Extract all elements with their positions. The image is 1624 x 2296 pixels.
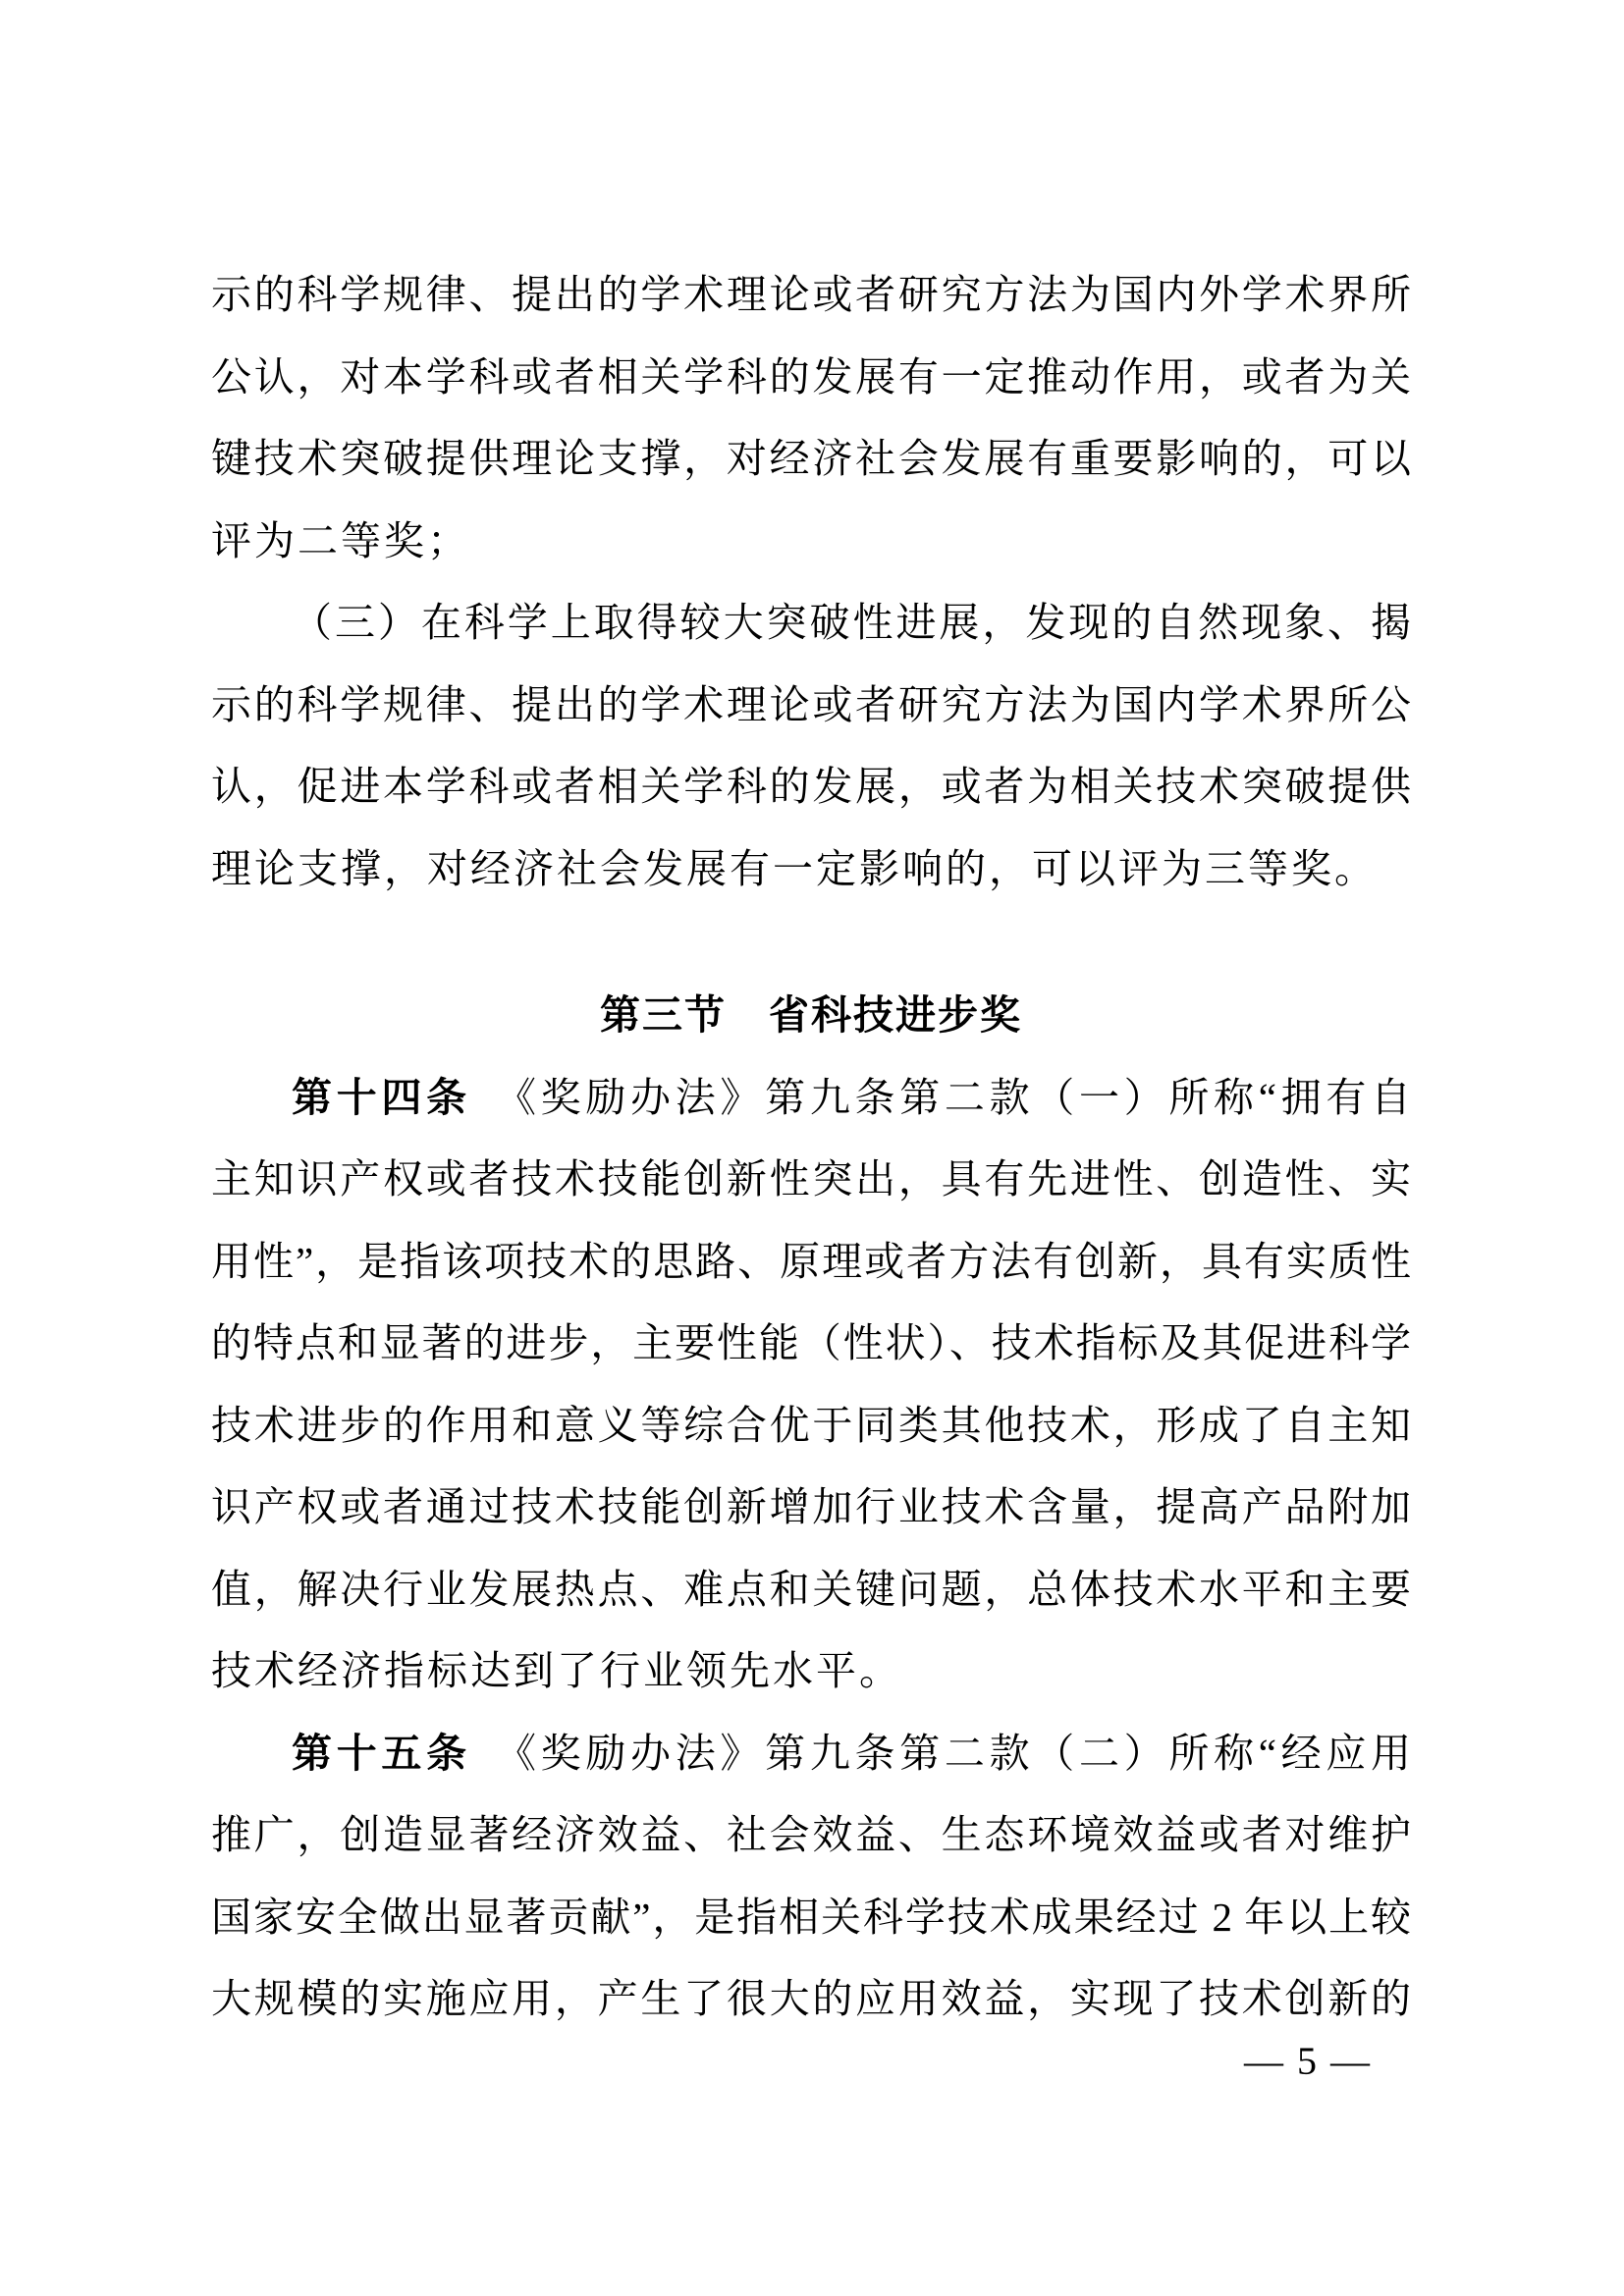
text-line: （三）在科学上取得较大突破性进展，发现的自然现象、揭 xyxy=(211,582,1411,665)
page-number: — 5 — xyxy=(1244,2032,1372,2091)
text-line: 示的科学规律、提出的学术理论或者研究方法为国内外学术界所 xyxy=(211,254,1411,337)
line-text: 用性”，是指该项技术的思路、原理或者方法有创新，具有实质性 xyxy=(211,1239,1411,1284)
text-block: 示的科学规律、提出的学术理论或者研究方法为国内外学术界所公认，对本学科或者相关学… xyxy=(211,254,1411,2041)
text-line: 主知识产权或者技术技能创新性突出，具有先进性、创造性、实 xyxy=(211,1139,1411,1221)
text-line: 国家安全做出显著贡献”，是指相关科学技术成果经过 2 年以上较 xyxy=(211,1877,1411,1959)
text-line: 推广，创造显著经济效益、社会效益、生态环境效益或者对维护 xyxy=(211,1794,1411,1877)
line-text: 认，促进本学科或者相关学科的发展，或者为相关技术突破提供 xyxy=(211,764,1411,809)
line-text: 示的科学规律、提出的学术理论或者研究方法为国内学术界所公 xyxy=(211,682,1411,727)
text-line: 值，解决行业发展热点、难点和关键问题，总体技术水平和主要 xyxy=(211,1549,1411,1631)
text-line: 键技术突破提供理论支撑，对经济社会发展有重要影响的，可以 xyxy=(211,418,1411,501)
line-text: 技术经济指标达到了行业领先水平。 xyxy=(211,1648,902,1693)
line-text: 识产权或者通过技术技能创新增加行业技术含量，提高产品附加 xyxy=(211,1484,1411,1529)
text-line: 的特点和显著的进步，主要性能（性状）、技术指标及其促进科学 xyxy=(211,1303,1411,1385)
line-text: 国家安全做出显著贡献”，是指相关科学技术成果经过 2 年以上较 xyxy=(211,1895,1411,1940)
text-line: 技术进步的作用和意义等综合优于同类其他技术，形成了自主知 xyxy=(211,1385,1411,1468)
text-line: 第十四条 《奖励办法》第九条第二款（一）所称“拥有自 xyxy=(211,1057,1411,1140)
line-text: 值，解决行业发展热点、难点和关键问题，总体技术水平和主要 xyxy=(211,1567,1411,1612)
text-line: 大规模的实施应用，产生了很大的应用效益，实现了技术创新的 xyxy=(211,1958,1411,2041)
line-text: 公认，对本学科或者相关学科的发展有一定推动作用，或者为关 xyxy=(211,354,1411,400)
text-line: 认，促进本学科或者相关学科的发展，或者为相关技术突破提供 xyxy=(211,746,1411,828)
text-line: 理论支撑，对经济社会发展有一定影响的，可以评为三等奖。 xyxy=(211,828,1411,911)
article-number: 第十五条 xyxy=(292,1731,471,1776)
text-line: 第十五条 《奖励办法》第九条第二款（二）所称“经应用 xyxy=(211,1713,1411,1795)
line-text: 评为二等奖； xyxy=(211,518,470,563)
document-page: { "page": { "background_color": "#ffffff… xyxy=(0,0,1624,2296)
text-line: 技术经济指标达到了行业领先水平。 xyxy=(211,1630,1411,1713)
line-text: 示的科学规律、提出的学术理论或者研究方法为国内外学术界所 xyxy=(211,272,1411,317)
line-text: （三）在科学上取得较大突破性进展，发现的自然现象、揭 xyxy=(292,600,1411,645)
text-line: 识产权或者通过技术技能创新增加行业技术含量，提高产品附加 xyxy=(211,1467,1411,1549)
line-text: 主知识产权或者技术技能创新性突出，具有先进性、创造性、实 xyxy=(211,1156,1411,1201)
line-text: 键技术突破提供理论支撑，对经济社会发展有重要影响的，可以 xyxy=(211,436,1411,481)
text-line: 示的科学规律、提出的学术理论或者研究方法为国内学术界所公 xyxy=(211,665,1411,747)
line-text: 大规模的实施应用，产生了很大的应用效益，实现了技术创新的 xyxy=(211,1976,1411,2021)
line-text: 推广，创造显著经济效益、社会效益、生态环境效益或者对维护 xyxy=(211,1812,1411,1857)
text-line: 公认，对本学科或者相关学科的发展有一定推动作用，或者为关 xyxy=(211,337,1411,419)
line-text: 第三节 省科技进步奖 xyxy=(600,992,1022,1038)
article-number: 第十四条 xyxy=(292,1075,471,1120)
text-line: 评为二等奖； xyxy=(211,501,1411,583)
line-text: 的特点和显著的进步，主要性能（性状）、技术指标及其促进科学 xyxy=(211,1320,1411,1365)
section-heading: 第三节 省科技进步奖 xyxy=(211,975,1411,1057)
line-text: 《奖励办法》第九条第二款（二）所称“经应用 xyxy=(471,1731,1411,1776)
line-text: 技术进步的作用和意义等综合优于同类其他技术，形成了自主知 xyxy=(211,1403,1411,1448)
line-text: 理论支撑，对经济社会发展有一定影响的，可以评为三等奖。 xyxy=(211,846,1378,891)
text-line: 用性”，是指该项技术的思路、原理或者方法有创新，具有实质性 xyxy=(211,1221,1411,1304)
line-text: 《奖励办法》第九条第二款（一）所称“拥有自 xyxy=(471,1075,1411,1120)
